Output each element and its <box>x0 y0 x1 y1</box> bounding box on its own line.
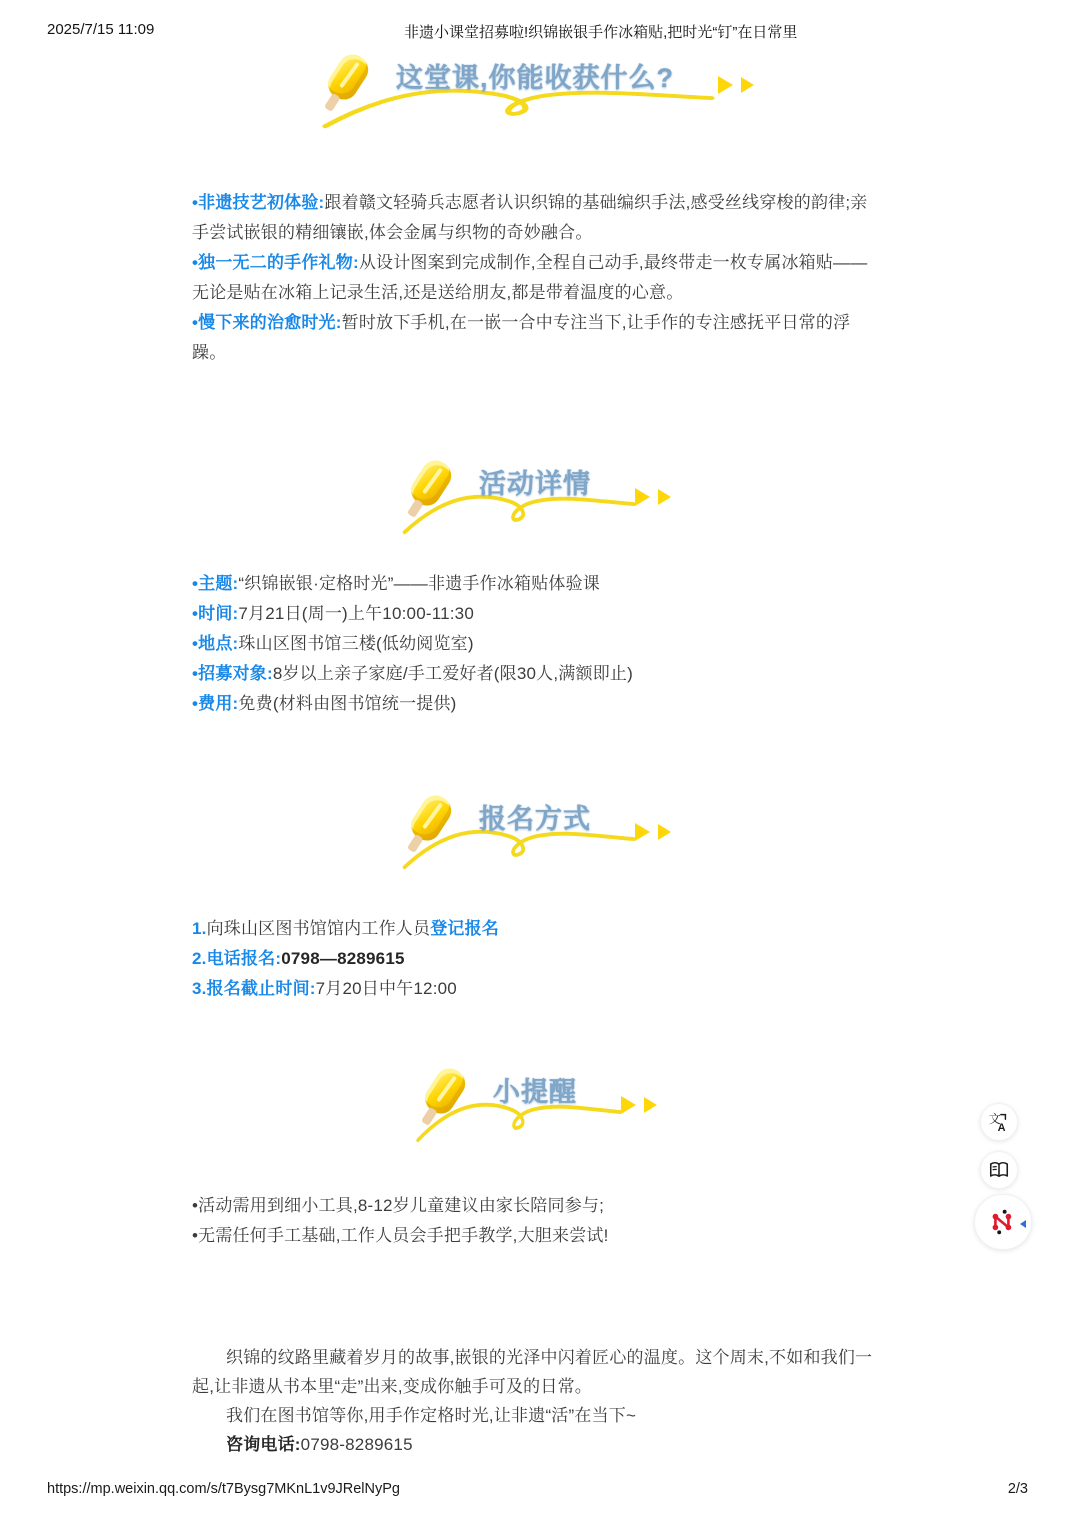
item-label: •主题: <box>192 574 238 593</box>
details-list: •主题:“织锦嵌银·定格时光”——非遗手作冰箱贴体验课 •时间:7月21日(周一… <box>192 569 882 719</box>
benefits-list: •非遗技艺初体验:跟着赣文轻骑兵志愿者认识织锦的基础编织手法,感受丝线穿梭的韵律… <box>192 188 882 368</box>
register-link[interactable]: 登记报名 <box>430 919 499 938</box>
list-item: 3.报名截止时间:7月20日中午12:00 <box>192 974 882 1004</box>
closing-para: 织锦的纹路里藏着岁月的故事,嵌银的光泽中闪着匠心的温度。这个周末,不如和我们一起… <box>192 1343 882 1401</box>
item-text: 珠山区图书馆三楼(低幼阅览室) <box>238 634 473 653</box>
list-item: •地点:珠山区图书馆三楼(低幼阅览室) <box>192 629 882 659</box>
item-text: 向珠山区图书馆馆内工作人员 <box>207 919 431 938</box>
item-label: •时间: <box>192 604 238 623</box>
list-item: •费用:免费(材料由图书馆统一提供) <box>192 689 882 719</box>
item-text: 8岁以上亲子家庭/手工爱好者(限30人,满额即止) <box>273 664 633 683</box>
list-item: •非遗技艺初体验:跟着赣文轻骑兵志愿者认识织锦的基础编织手法,感受丝线穿梭的韵律… <box>192 188 882 248</box>
contact-line: 咨询电话:0798-8289615 <box>192 1430 882 1459</box>
contact-phone: 0798-8289615 <box>301 1435 413 1454</box>
deadline-text: 7月20日中午12:00 <box>316 979 457 998</box>
list-item: 2.电话报名:0798—8289615 <box>192 944 882 974</box>
item-label: •招募对象: <box>192 664 273 683</box>
section-header-benefits: 这堂课,你能收获什么? <box>192 50 882 130</box>
section-header-details: 活动详情 <box>192 456 882 551</box>
reader-mode-button[interactable] <box>980 1151 1018 1189</box>
print-footer: https://mp.weixin.qq.com/s/t7Bysg7MKnL1v… <box>47 1481 1028 1497</box>
item-text: 7月21日(周一)上午10:00-11:30 <box>238 604 474 623</box>
section-title: 报名方式 <box>479 791 591 839</box>
section-title: 这堂课,你能收获什么? <box>396 50 674 98</box>
network-n-icon <box>990 1209 1016 1235</box>
collapse-arrow-icon[interactable] <box>1020 1220 1026 1228</box>
footer-url: https://mp.weixin.qq.com/s/t7Bysg7MKnL1v… <box>47 1481 400 1497</box>
item-label: •费用: <box>192 694 238 713</box>
list-item: •独一无二的手作礼物:从设计图案到完成制作,全程自己动手,最终带走一枚专属冰箱贴… <box>192 248 882 308</box>
tips-list: •活动需用到细小工具,8-12岁儿童建议由家长陪同参与; •无需任何手工基础,工… <box>192 1191 882 1251</box>
svg-text:A: A <box>998 1122 1006 1133</box>
list-item: •无需任何手工基础,工作人员会手把手教学,大胆来尝试! <box>192 1221 882 1251</box>
item-text: 免费(材料由图书馆统一提供) <box>238 694 456 713</box>
closing-para: 我们在图书馆等你,用手作定格时光,让非遗“活”在当下~ <box>192 1401 882 1430</box>
section-title: 活动详情 <box>479 456 591 504</box>
list-item: •时间:7月21日(周一)上午10:00-11:30 <box>192 599 882 629</box>
item-label: 报名截止时间: <box>207 979 316 998</box>
section-header-tips: 小提醒 <box>192 1064 882 1159</box>
signup-list: 1.向珠山区图书馆馆内工作人员登记报名 2.电话报名:0798—8289615 … <box>192 914 882 1004</box>
section-title-wrap: 活动详情 <box>479 456 591 504</box>
section-title-wrap: 这堂课,你能收获什么? <box>396 50 674 98</box>
translate-icon: 文 A <box>988 1111 1010 1133</box>
item-label: 电话报名: <box>207 949 282 968</box>
item-number: 1. <box>192 919 207 938</box>
section-title-wrap: 报名方式 <box>479 791 591 839</box>
item-label: •慢下来的治愈时光: <box>192 313 342 332</box>
section-header-signup: 报名方式 <box>192 791 882 886</box>
phone-number: 0798—8289615 <box>281 949 404 968</box>
section-title-wrap: 小提醒 <box>493 1064 577 1112</box>
item-label: •独一无二的手作礼物: <box>192 253 359 272</box>
print-preview-page: 2025/7/15 11:09 非遗小课堂招募啦!织锦嵌银手作冰箱贴,把时光“钉… <box>0 0 1074 1520</box>
open-book-icon <box>988 1159 1010 1181</box>
list-item: •招募对象:8岁以上亲子家庭/手工爱好者(限30人,满额即止) <box>192 659 882 689</box>
contact-label: 咨询电话: <box>226 1435 301 1454</box>
item-label: •地点: <box>192 634 238 653</box>
closing-paragraphs: 织锦的纹路里藏着岁月的故事,嵌银的光泽中闪着匠心的温度。这个周末,不如和我们一起… <box>192 1343 882 1459</box>
list-item: •主题:“织锦嵌银·定格时光”——非遗手作冰箱贴体验课 <box>192 569 882 599</box>
list-item: 1.向珠山区图书馆馆内工作人员登记报名 <box>192 914 882 944</box>
footer-page-number: 2/3 <box>1008 1481 1028 1497</box>
item-number: 2. <box>192 949 207 968</box>
list-item: •活动需用到细小工具,8-12岁儿童建议由家长陪同参与; <box>192 1191 882 1221</box>
print-timestamp: 2025/7/15 11:09 <box>47 21 154 38</box>
section-title: 小提醒 <box>493 1064 577 1112</box>
item-text: “织锦嵌银·定格时光”——非遗手作冰箱贴体验课 <box>238 574 600 593</box>
article-content: 这堂课,你能收获什么? •非遗技艺初体验:跟着赣文轻骑兵志愿者认识织锦的基础编织… <box>192 0 882 1459</box>
translate-button[interactable]: 文 A <box>980 1103 1018 1141</box>
item-label: •非遗技艺初体验: <box>192 193 324 212</box>
item-number: 3. <box>192 979 207 998</box>
list-item: •慢下来的治愈时光:暂时放下手机,在一嵌一合中专注当下,让手作的专注感抚平日常的… <box>192 308 882 368</box>
